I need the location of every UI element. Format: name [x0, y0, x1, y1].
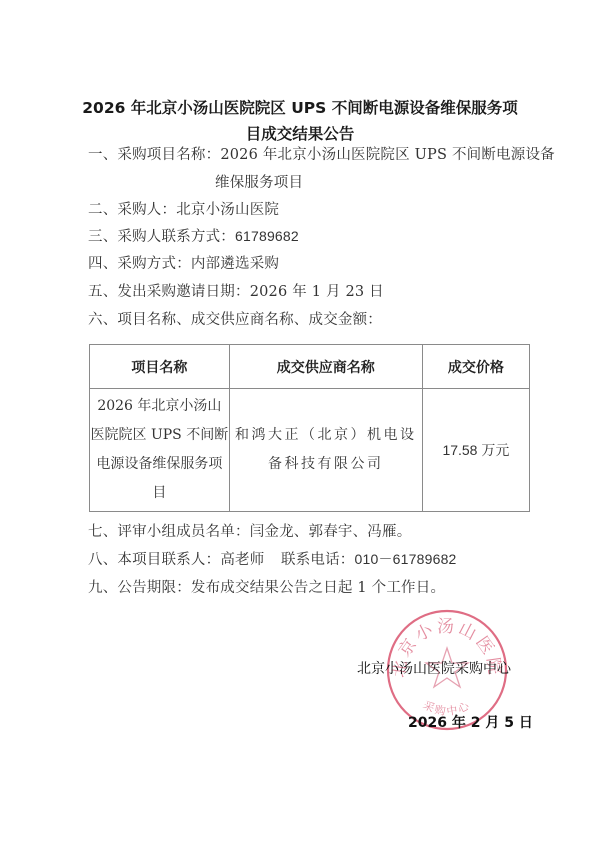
item-label: 四、采购方式：	[88, 256, 191, 272]
item-purchaser: 二、采购人：北京小汤山医院	[88, 198, 279, 219]
supplier-line: 备科技有限公司	[230, 450, 422, 479]
item-label: 一、采购项目名称：	[88, 147, 220, 163]
item-project-name-continued: 维保服务项目	[215, 171, 303, 192]
item-value: 61789682	[235, 228, 299, 244]
announcement-date: 2026 年 2 月 5 日	[408, 712, 533, 732]
item-result-heading: 六、项目名称、成交供应商名称、成交金额：	[88, 308, 382, 329]
item-value: 发布成交结果公告之日起 1 个工作日。	[191, 580, 445, 596]
project-line: 目	[90, 479, 229, 508]
item-label: 二、采购人：	[88, 202, 176, 218]
item-invitation-date: 五、发出采购邀请日期：2026 年 1 月 23 日	[88, 280, 384, 301]
cell-supplier-name: 和鸿大正（北京）机电设 备科技有限公司	[229, 389, 422, 512]
item-label: 八、本项目联系人：	[88, 552, 220, 568]
phone-value: 010－61789682	[355, 551, 457, 567]
result-table: 项目名称 成交供应商名称 成交价格 2026 年北京小汤山 医院院区 UPS 不…	[89, 344, 530, 512]
item-announcement-period: 九、公告期限：发布成交结果公告之日起 1 个工作日。	[88, 576, 445, 597]
project-line: 2026 年北京小汤山	[90, 392, 229, 421]
item-label: 三、采购人联系方式：	[88, 229, 235, 245]
item-label: 九、公告期限：	[88, 580, 191, 596]
header-supplier-name: 成交供应商名称	[229, 345, 422, 389]
table-row: 2026 年北京小汤山 医院院区 UPS 不间断 电源设备维保服务项 目 和鸿大…	[90, 389, 530, 512]
project-line: 医院院区 UPS 不间断	[90, 421, 229, 450]
cell-price: 17.58 万元	[422, 389, 529, 512]
header-project-name: 项目名称	[90, 345, 230, 389]
signing-organization: 北京小汤山医院采购中心	[357, 658, 511, 678]
item-value: 内部遴选采购	[191, 256, 279, 272]
item-procurement-method: 四、采购方式：内部遴选采购	[88, 252, 279, 273]
cell-project-name: 2026 年北京小汤山 医院院区 UPS 不间断 电源设备维保服务项 目	[90, 389, 230, 512]
item-value: 2026 年北京小汤山医院院区 UPS 不间断电源设备	[220, 147, 555, 163]
document-title-line-1: 2026 年北京小汤山医院院区 UPS 不间断电源设备维保服务项	[0, 95, 600, 121]
item-value: 闫金龙、郭春宇、冯雁。	[250, 524, 412, 540]
item-contact-person: 八、本项目联系人：高老师	[88, 548, 264, 569]
project-line: 电源设备维保服务项	[90, 450, 229, 479]
item-label: 七、评审小组成员名单：	[88, 524, 250, 540]
item-value: 2026 年 1 月 23 日	[250, 284, 384, 300]
item-review-panel: 七、评审小组成员名单：闫金龙、郭春宇、冯雁。	[88, 520, 411, 541]
supplier-line: 和鸿大正（北京）机电设	[230, 421, 422, 450]
item-label: 五、发出采购邀请日期：	[88, 284, 250, 300]
item-project-name: 一、采购项目名称：2026 年北京小汤山医院院区 UPS 不间断电源设备	[88, 143, 555, 164]
item-value: 高老师	[220, 552, 264, 568]
table-header-row: 项目名称 成交供应商名称 成交价格	[90, 345, 530, 389]
phone-label: 联系电话：	[281, 552, 355, 568]
header-price: 成交价格	[422, 345, 529, 389]
item-purchaser-contact: 三、采购人联系方式：61789682	[88, 225, 299, 246]
item-contact-phone: 联系电话：010－61789682	[281, 548, 457, 569]
item-value: 北京小汤山医院	[176, 202, 279, 218]
